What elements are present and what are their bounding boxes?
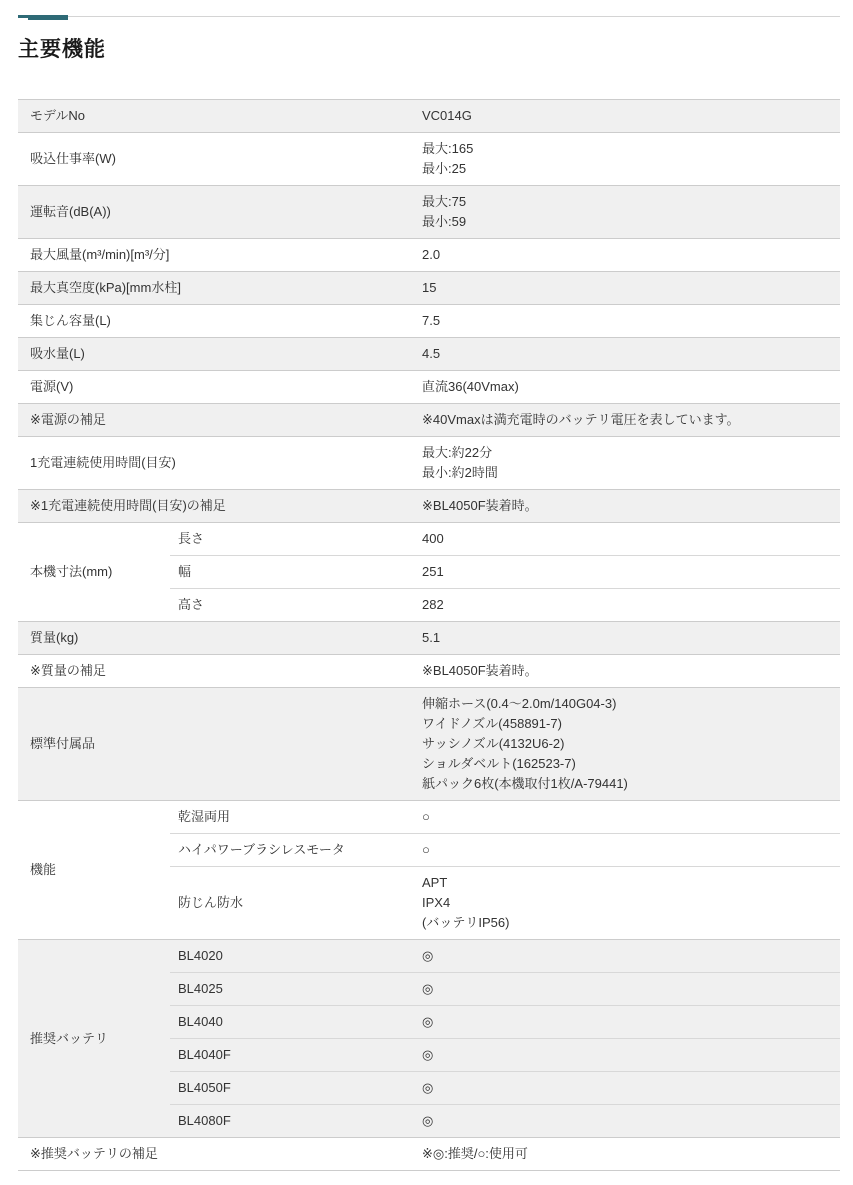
spec-subrow-label: BL4040: [170, 1006, 422, 1038]
spec-page: 主要機能 モデルNoVC014G吸込仕事率(W)最大:165最小:25運転音(d…: [0, 15, 853, 1171]
spec-row: 標準付属品伸縮ホース(0.4〜2.0m/140G04-3)ワイドノズル(4588…: [18, 687, 840, 800]
spec-value: ※◎:推奨/○:使用可: [422, 1138, 840, 1170]
spec-row: モデルNoVC014G: [18, 99, 840, 132]
spec-value-line: ※BL4050F装着時。: [422, 661, 830, 681]
spec-value-line: ◎: [422, 1111, 830, 1131]
spec-value: ◎: [422, 1039, 840, 1071]
spec-row-label: 集じん容量(L): [18, 305, 422, 337]
spec-value: ○: [422, 834, 840, 866]
spec-value-line: ワイドノズル(458891-7): [422, 714, 830, 734]
spec-value: ◎: [422, 940, 840, 972]
spec-value: ○: [422, 801, 840, 833]
spec-value-line: ◎: [422, 1045, 830, 1065]
spec-value-line: 紙パック6枚(本機取付1枚/A-79441): [422, 774, 830, 794]
spec-subrow-label: 乾湿両用: [170, 801, 422, 833]
spec-value-line: 最小:59: [422, 212, 830, 232]
spec-row-label: 吸込仕事率(W): [18, 133, 422, 185]
spec-value-line: 2.0: [422, 245, 830, 265]
spec-subrow-label: BL4020: [170, 940, 422, 972]
spec-value: ◎: [422, 1105, 840, 1137]
spec-subrow: BL4020◎: [170, 940, 840, 972]
section-divider: [18, 15, 840, 18]
spec-row-label: 電源(V): [18, 371, 422, 403]
page-title: 主要機能: [18, 38, 840, 62]
spec-row: 吸込仕事率(W)最大:165最小:25: [18, 132, 840, 185]
spec-row: ※1充電連続使用時間(目安)の補足※BL4050F装着時。: [18, 489, 840, 522]
spec-subrow-label: ハイパワーブラシレスモータ: [170, 834, 422, 866]
spec-value: 4.5: [422, 338, 840, 370]
spec-row-label: 標準付属品: [18, 688, 422, 800]
spec-subrow: 高さ282: [170, 588, 840, 621]
spec-value-line: VC014G: [422, 106, 830, 126]
spec-value-line: 最大:165: [422, 139, 830, 159]
spec-subrow-label: BL4080F: [170, 1105, 422, 1137]
spec-subrow-label: 幅: [170, 556, 422, 588]
spec-row: 本機寸法(mm)長さ400幅251高さ282: [18, 522, 840, 621]
spec-subrow-label: 防じん防水: [170, 867, 422, 939]
spec-value-line: 直流36(40Vmax): [422, 377, 830, 397]
spec-value-line: 400: [422, 529, 830, 549]
spec-value: 2.0: [422, 239, 840, 271]
spec-row: 運転音(dB(A))最大:75最小:59: [18, 185, 840, 238]
spec-value-line: 4.5: [422, 344, 830, 364]
spec-subtable: 長さ400幅251高さ282: [170, 523, 840, 621]
spec-value-line: サッシノズル(4132U6-2): [422, 734, 830, 754]
spec-value: ◎: [422, 973, 840, 1005]
spec-value-line: ◎: [422, 979, 830, 999]
spec-subrow: 幅251: [170, 555, 840, 588]
spec-value: 5.1: [422, 622, 840, 654]
spec-value-line: ※◎:推奨/○:使用可: [422, 1144, 830, 1164]
spec-subrow: BL4025◎: [170, 972, 840, 1005]
spec-row: 集じん容量(L)7.5: [18, 304, 840, 337]
spec-value: 251: [422, 556, 840, 588]
spec-row-label: モデルNo: [18, 100, 422, 132]
spec-value-line: 最小:約2時間: [422, 463, 830, 483]
spec-row: 電源(V)直流36(40Vmax): [18, 370, 840, 403]
spec-subrow-label: BL4025: [170, 973, 422, 1005]
spec-subtable: BL4020◎BL4025◎BL4040◎BL4040F◎BL4050F◎BL4…: [170, 940, 840, 1137]
spec-value-line: ◎: [422, 946, 830, 966]
spec-value: ※BL4050F装着時。: [422, 490, 840, 522]
spec-value: 伸縮ホース(0.4〜2.0m/140G04-3)ワイドノズル(458891-7)…: [422, 688, 840, 800]
spec-value-line: APT: [422, 873, 830, 893]
spec-value: VC014G: [422, 100, 840, 132]
spec-subrow: BL4040F◎: [170, 1038, 840, 1071]
spec-value-line: ○: [422, 840, 830, 860]
spec-value-line: 7.5: [422, 311, 830, 331]
spec-table: モデルNoVC014G吸込仕事率(W)最大:165最小:25運転音(dB(A))…: [18, 99, 840, 1171]
spec-value-line: ○: [422, 807, 830, 827]
spec-row-label: ※質量の補足: [18, 655, 422, 687]
spec-row-label: 本機寸法(mm): [18, 523, 170, 621]
spec-value: ※BL4050F装着時。: [422, 655, 840, 687]
spec-row-label: 最大真空度(kPa)[mm水柱]: [18, 272, 422, 304]
spec-value: 最大:75最小:59: [422, 186, 840, 238]
spec-value-line: 251: [422, 562, 830, 582]
spec-value-line: 伸縮ホース(0.4〜2.0m/140G04-3): [422, 694, 830, 714]
spec-row-label: ※推奨バッテリの補足: [18, 1138, 422, 1170]
spec-subrow: 長さ400: [170, 523, 840, 555]
spec-value: 15: [422, 272, 840, 304]
spec-value-line: 15: [422, 278, 830, 298]
spec-value-line: 最大:約22分: [422, 443, 830, 463]
spec-row-label: 最大風量(m³/min)[m³/分]: [18, 239, 422, 271]
spec-value-line: 最小:25: [422, 159, 830, 179]
spec-value-line: ショルダベルト(162523-7): [422, 754, 830, 774]
spec-row: 最大風量(m³/min)[m³/分]2.0: [18, 238, 840, 271]
spec-value: ※40Vmaxは満充電時のバッテリ電圧を表しています。: [422, 404, 840, 436]
spec-value-line: 282: [422, 595, 830, 615]
divider-accent: [18, 15, 68, 18]
spec-subrow: BL4050F◎: [170, 1071, 840, 1104]
divider-line: [18, 16, 840, 17]
spec-value-line: (バッテリIP56): [422, 913, 830, 933]
spec-row: 最大真空度(kPa)[mm水柱]15: [18, 271, 840, 304]
spec-value-line: ※BL4050F装着時。: [422, 496, 830, 516]
spec-value-line: ◎: [422, 1078, 830, 1098]
spec-value: 最大:約22分最小:約2時間: [422, 437, 840, 489]
spec-row-label: 機能: [18, 801, 170, 939]
spec-row-label: ※電源の補足: [18, 404, 422, 436]
spec-subrow: ハイパワーブラシレスモータ○: [170, 833, 840, 866]
spec-row: ※質量の補足※BL4050F装着時。: [18, 654, 840, 687]
spec-subrow: 乾湿両用○: [170, 801, 840, 833]
spec-subrow: BL4040◎: [170, 1005, 840, 1038]
spec-row: 吸水量(L)4.5: [18, 337, 840, 370]
spec-value: 7.5: [422, 305, 840, 337]
spec-value: 直流36(40Vmax): [422, 371, 840, 403]
spec-row: 機能乾湿両用○ハイパワーブラシレスモータ○防じん防水APTIPX4(バッテリIP…: [18, 800, 840, 939]
spec-value: 400: [422, 523, 840, 555]
spec-subrow: 防じん防水APTIPX4(バッテリIP56): [170, 866, 840, 939]
spec-subrow-label: 高さ: [170, 589, 422, 621]
spec-value-line: IPX4: [422, 893, 830, 913]
spec-row-label: 質量(kg): [18, 622, 422, 654]
spec-row-label: ※1充電連続使用時間(目安)の補足: [18, 490, 422, 522]
spec-value: ◎: [422, 1072, 840, 1104]
spec-value: APTIPX4(バッテリIP56): [422, 867, 840, 939]
spec-row-label: 推奨バッテリ: [18, 940, 170, 1137]
spec-row-label: 1充電連続使用時間(目安): [18, 437, 422, 489]
spec-row-label: 吸水量(L): [18, 338, 422, 370]
spec-row-label: 運転音(dB(A)): [18, 186, 422, 238]
spec-value-line: ◎: [422, 1012, 830, 1032]
spec-row: ※電源の補足※40Vmaxは満充電時のバッテリ電圧を表しています。: [18, 403, 840, 436]
spec-value: 282: [422, 589, 840, 621]
spec-subrow-label: BL4040F: [170, 1039, 422, 1071]
spec-value-line: 5.1: [422, 628, 830, 648]
spec-subtable: 乾湿両用○ハイパワーブラシレスモータ○防じん防水APTIPX4(バッテリIP56…: [170, 801, 840, 939]
spec-row: ※推奨バッテリの補足※◎:推奨/○:使用可: [18, 1137, 840, 1170]
spec-value: 最大:165最小:25: [422, 133, 840, 185]
spec-row: 質量(kg)5.1: [18, 621, 840, 654]
spec-subrow: BL4080F◎: [170, 1104, 840, 1137]
spec-subrow-label: BL4050F: [170, 1072, 422, 1104]
spec-value-line: ※40Vmaxは満充電時のバッテリ電圧を表しています。: [422, 410, 830, 430]
spec-value: ◎: [422, 1006, 840, 1038]
spec-row: 推奨バッテリBL4020◎BL4025◎BL4040◎BL4040F◎BL405…: [18, 939, 840, 1137]
spec-row: 1充電連続使用時間(目安)最大:約22分最小:約2時間: [18, 436, 840, 489]
spec-value-line: 最大:75: [422, 192, 830, 212]
spec-subrow-label: 長さ: [170, 523, 422, 555]
